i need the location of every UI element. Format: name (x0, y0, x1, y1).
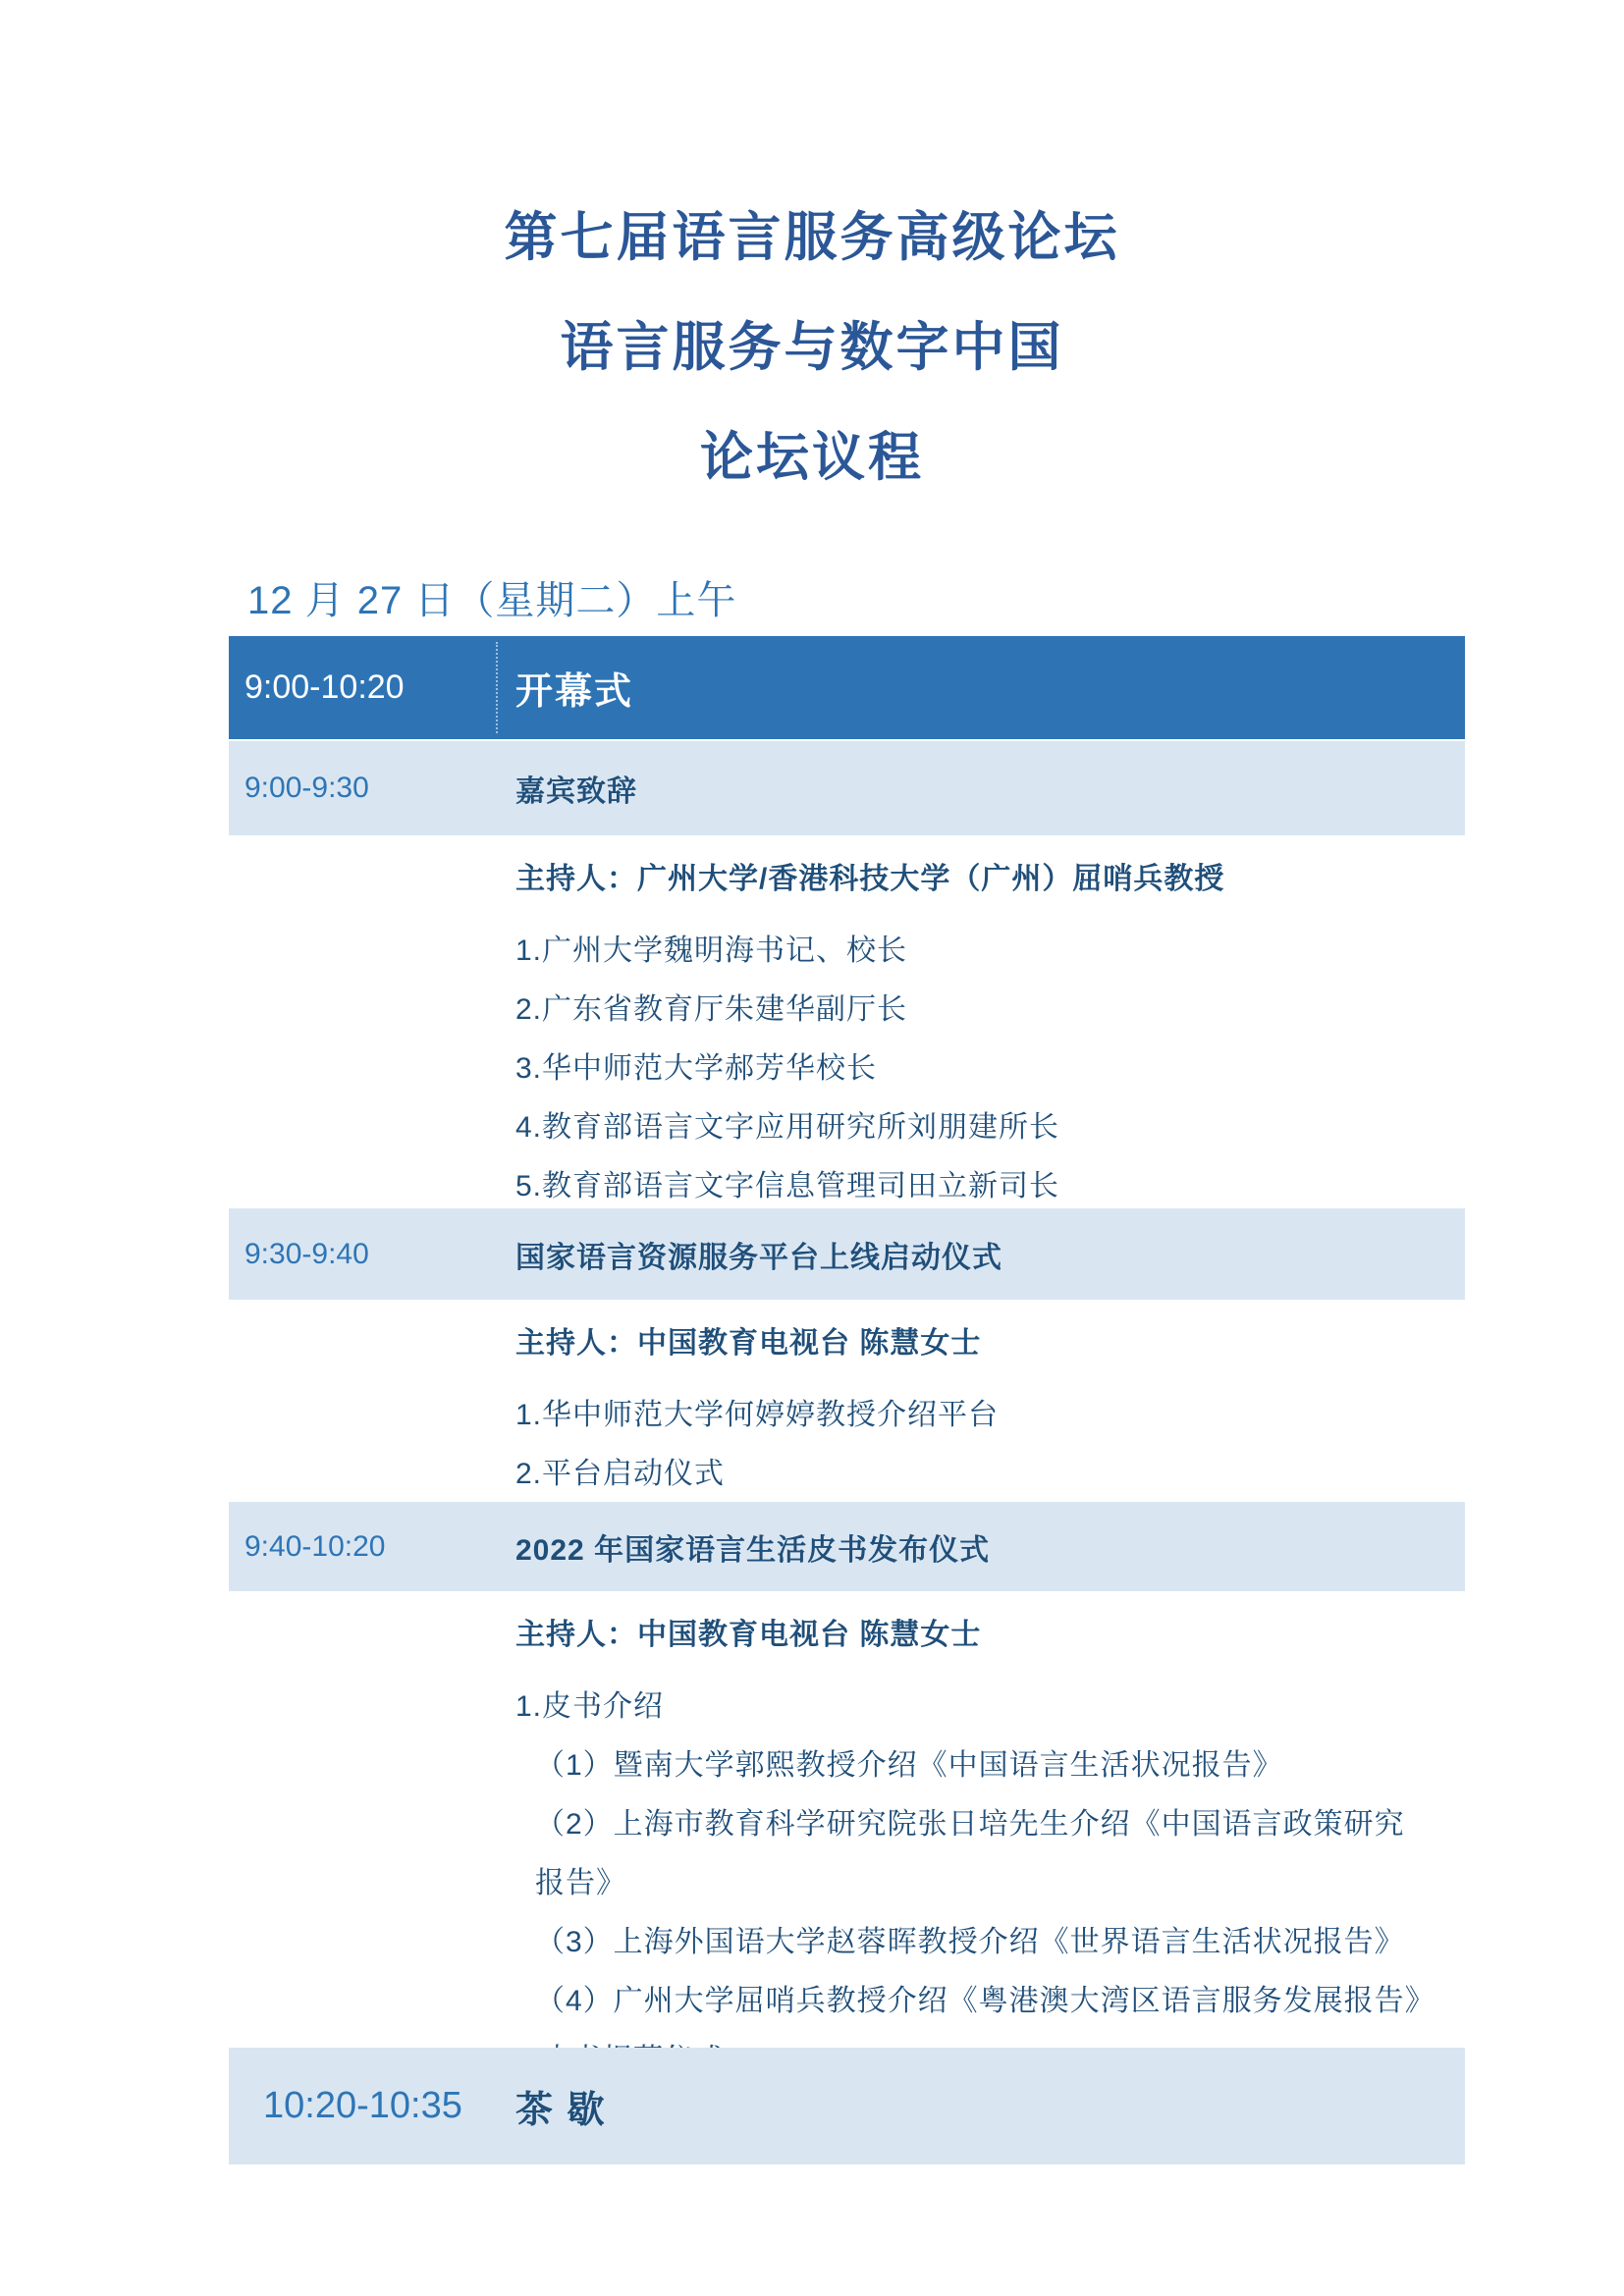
session-time: 9:00-9:30 (229, 772, 515, 805)
agenda-item: 1.皮书介绍 (515, 1678, 1426, 1736)
agenda-item: 2.广东省教育厅朱建华副厅长 (515, 981, 1426, 1040)
session-row-guest-speeches: 9:00-9:30 嘉宾致辞 (229, 741, 1465, 835)
host-line: 主持人：广州大学/香港科技大学（广州）屈哨兵教授 (515, 849, 1426, 910)
header-column-divider (496, 642, 498, 733)
forum-title-block: 第七届语言服务高级论坛 语言服务与数字中国 论坛议程 (0, 0, 1624, 512)
session-title: 国家语言资源服务平台上线启动仪式 (515, 1233, 1465, 1276)
agenda-item: （4）广州大学屈哨兵教授介绍《粤港澳大湾区语言服务发展报告》 (515, 1972, 1426, 2031)
session-row-platform-launch: 9:30-9:40 国家语言资源服务平台上线启动仪式 (229, 1208, 1465, 1300)
session-row-greenpaper-release: 9:40-10:20 2022 年国家语言生活皮书发布仪式 (229, 1502, 1465, 1591)
agenda-item: （1）暨南大学郭熙教授介绍《中国语言生活状况报告》 (515, 1736, 1426, 1795)
forum-title-line2: 语言服务与数字中国 (0, 293, 1624, 402)
session-detail-greenpaper-release: 主持人：中国教育电视台 陈慧女士 1.皮书介绍 （1）暨南大学郭熙教授介绍《中国… (229, 1591, 1465, 2048)
opening-time: 9:00-10:20 (229, 668, 515, 707)
agenda-item: 3.华中师范大学郝芳华校长 (515, 1040, 1426, 1098)
agenda-item: （2）上海市教育科学研究院张日培先生介绍《中国语言政策研究报告》 (515, 1795, 1426, 1913)
tea-break-row: 10:20-10:35 茶 歇 (229, 2048, 1465, 2164)
session-title: 2022 年国家语言生活皮书发布仪式 (515, 1525, 1465, 1569)
tea-break-time: 10:20-10:35 (229, 2085, 515, 2127)
host-line: 主持人：中国教育电视台 陈慧女士 (515, 1313, 1426, 1374)
schedule-table: 9:00-10:20 开幕式 9:00-9:30 嘉宾致辞 主持人：广州大学/香… (229, 636, 1465, 2164)
agenda-item: 1.华中师范大学何婷婷教授介绍平台 (515, 1386, 1426, 1445)
session-title: 嘉宾致辞 (515, 767, 1465, 810)
forum-title-line3: 论坛议程 (0, 402, 1624, 512)
session-detail-platform-launch: 主持人：中国教育电视台 陈慧女士 1.华中师范大学何婷婷教授介绍平台 2.平台启… (229, 1300, 1465, 1502)
agenda-item: 4.教育部语言文字应用研究所刘朋建所长 (515, 1098, 1426, 1157)
session-time: 9:30-9:40 (229, 1238, 515, 1271)
agenda-item: （3）上海外国语大学赵蓉晖教授介绍《世界语言生活状况报告》 (515, 1913, 1426, 1972)
tea-break-title: 茶 歇 (515, 2079, 1465, 2133)
agenda-page: 第七届语言服务高级论坛 语言服务与数字中国 论坛议程 12 月 27 日（星期二… (0, 0, 1624, 2296)
agenda-item: 5.教育部语言文字信息管理司田立新司长 (515, 1157, 1426, 1216)
host-line: 主持人：中国教育电视台 陈慧女士 (515, 1605, 1426, 1666)
agenda-item: 2.平台启动仪式 (515, 1445, 1426, 1504)
agenda-item: 1.广州大学魏明海书记、校长 (515, 922, 1426, 981)
date-heading: 12 月 27 日（星期二）上午 (247, 577, 1624, 624)
opening-header-row: 9:00-10:20 开幕式 (229, 636, 1465, 739)
opening-title: 开幕式 (515, 661, 1465, 715)
session-time: 9:40-10:20 (229, 1530, 515, 1564)
session-detail-guest-speeches: 主持人：广州大学/香港科技大学（广州）屈哨兵教授 1.广州大学魏明海书记、校长 … (229, 835, 1465, 1208)
forum-title-line1: 第七届语言服务高级论坛 (0, 183, 1624, 293)
